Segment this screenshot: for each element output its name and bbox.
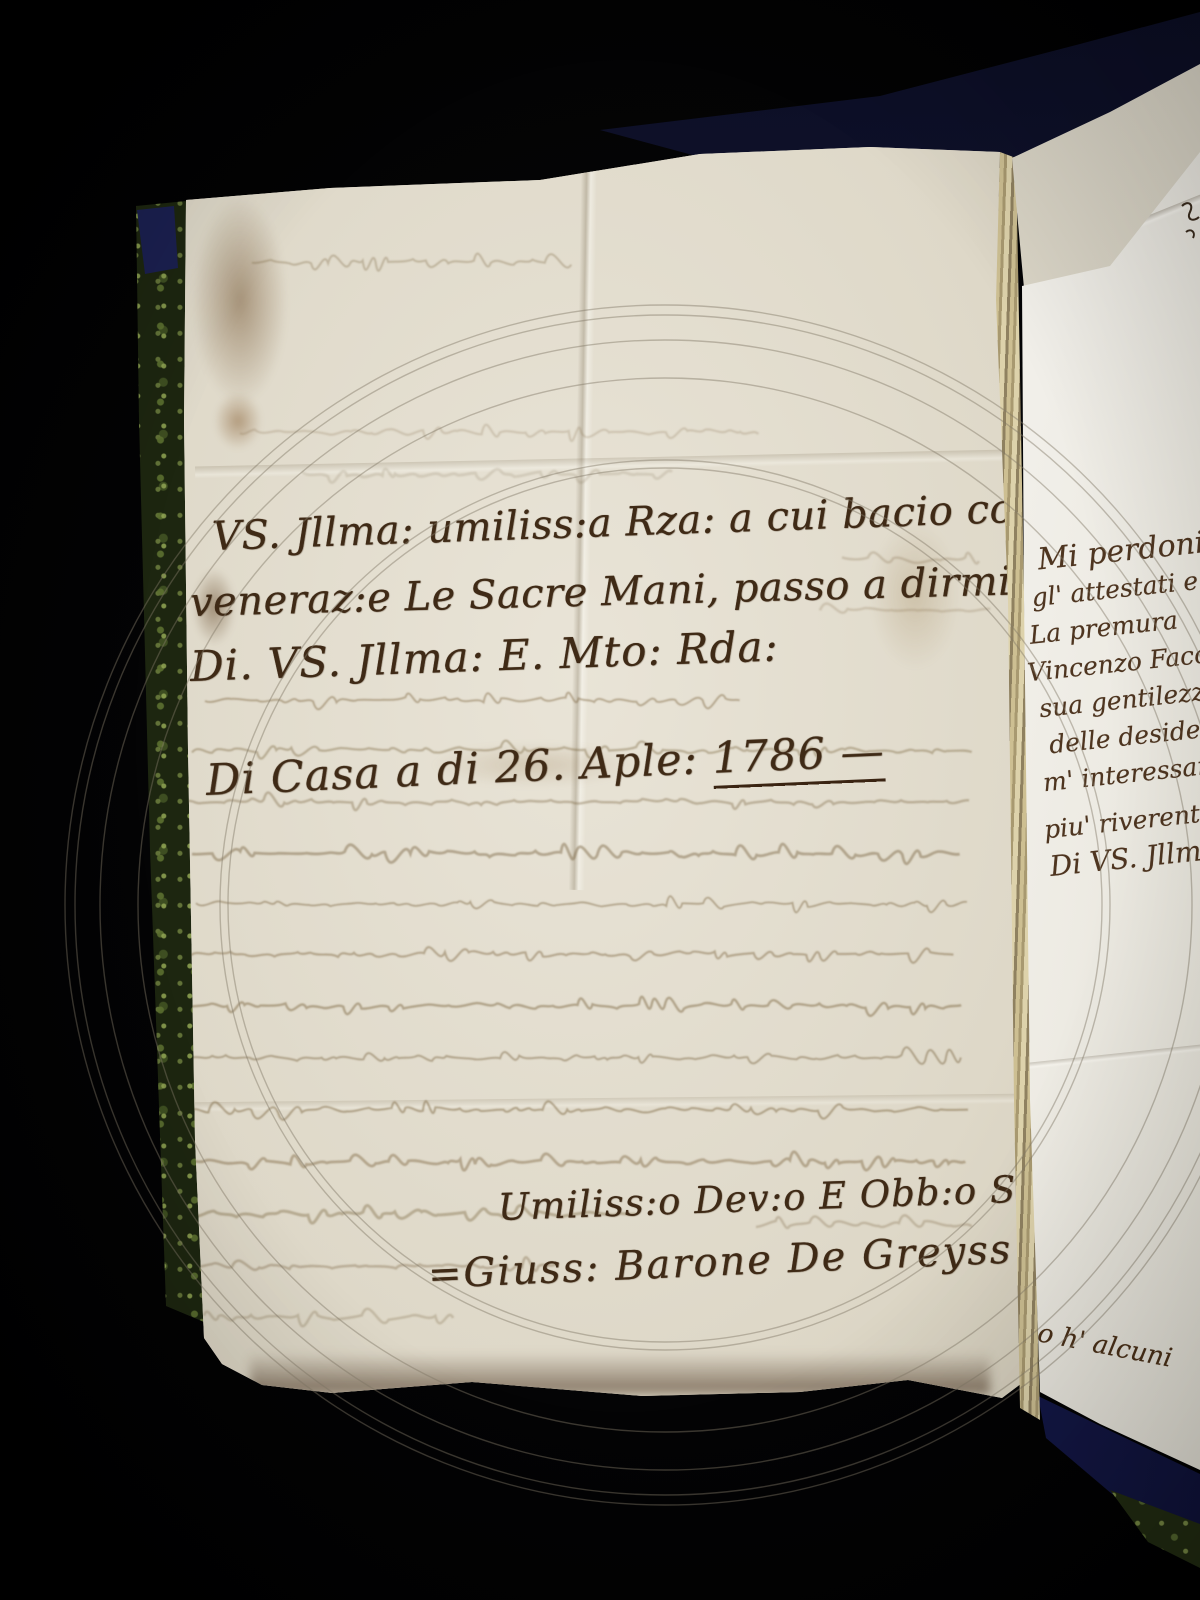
edge-ink-fragment [1182,203,1199,238]
watermark-circles [0,0,1200,1600]
manuscript-photo: Jllmo: E Mto: Rdo: Sig: VS. Jllma: umili… [0,0,1200,1600]
